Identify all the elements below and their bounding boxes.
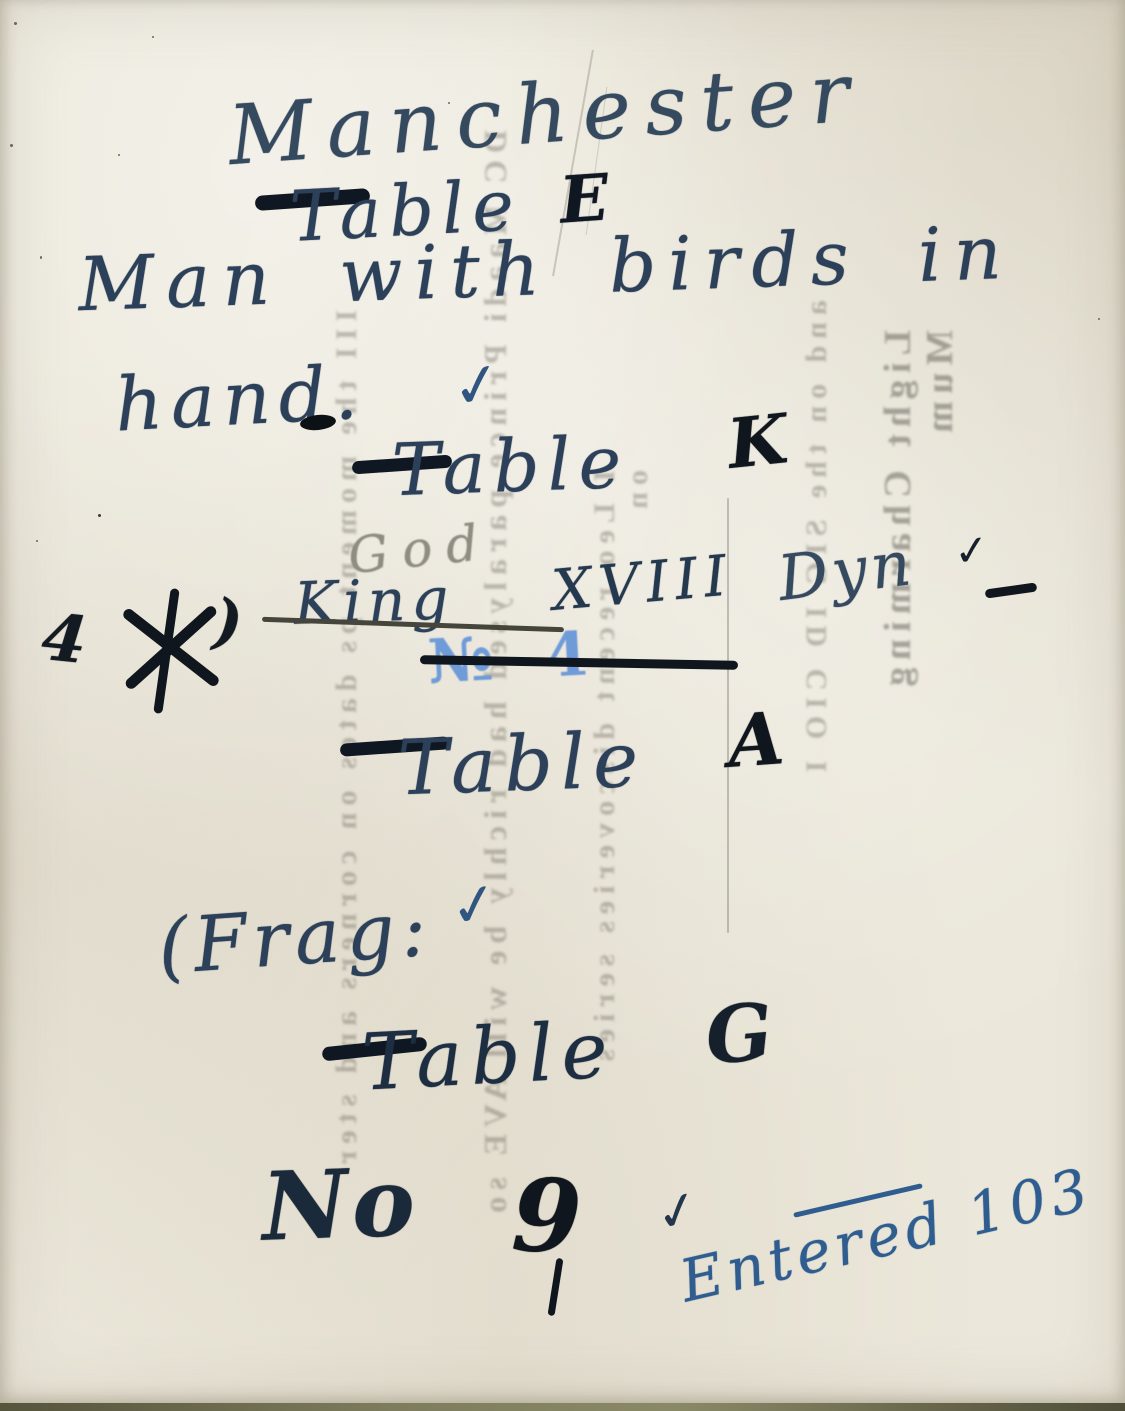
table-g-letter: G: [703, 993, 776, 1077]
ref-number: 4: [39, 606, 90, 674]
dynasty-numeral: XVIII: [550, 548, 736, 620]
close-paren: ): [212, 591, 245, 653]
table-a-word: Table: [397, 722, 648, 807]
number-value: 9: [510, 1165, 583, 1267]
fragment-note: (Frag:: [156, 891, 435, 986]
paper-speck: [98, 514, 101, 517]
ink-dash: [985, 582, 1038, 598]
subject-line-2: hand.: [113, 355, 367, 442]
card-bottom-edge: [0, 1403, 1125, 1411]
paper-speck: [118, 154, 120, 156]
paper-card: III the moment ps dates on corners and s…: [0, 0, 1125, 1405]
check-mark: ✓: [650, 1182, 705, 1243]
heading-location: Manchester: [226, 52, 866, 178]
paper-speck: [14, 22, 17, 25]
entered-note: Entered 103: [675, 1159, 1098, 1310]
table-k-word: Table: [391, 426, 630, 506]
number-label: No: [260, 1155, 420, 1254]
table-g-word: Table: [360, 1011, 617, 1102]
table-a-letter: A: [726, 702, 787, 778]
paper-speck: [10, 144, 13, 147]
table-k-letter: K: [725, 405, 791, 479]
paper-speck: [1098, 318, 1100, 320]
check-mark: ✓: [445, 872, 503, 938]
ghost-text-column: and on the SIG ID CIO I: [800, 300, 833, 1110]
dynasty-abbrev: Dyn: [775, 532, 918, 610]
check-mark: ✓: [952, 528, 991, 573]
subject-line-1: Man with birds in: [77, 216, 1015, 323]
paper-speck: [36, 540, 38, 542]
paper-speck: [40, 256, 42, 259]
ghost-text-column: III the moment ps dates on corners and s…: [330, 310, 363, 1270]
paper-speck: [152, 36, 154, 38]
check-mark: ✓: [447, 352, 507, 420]
